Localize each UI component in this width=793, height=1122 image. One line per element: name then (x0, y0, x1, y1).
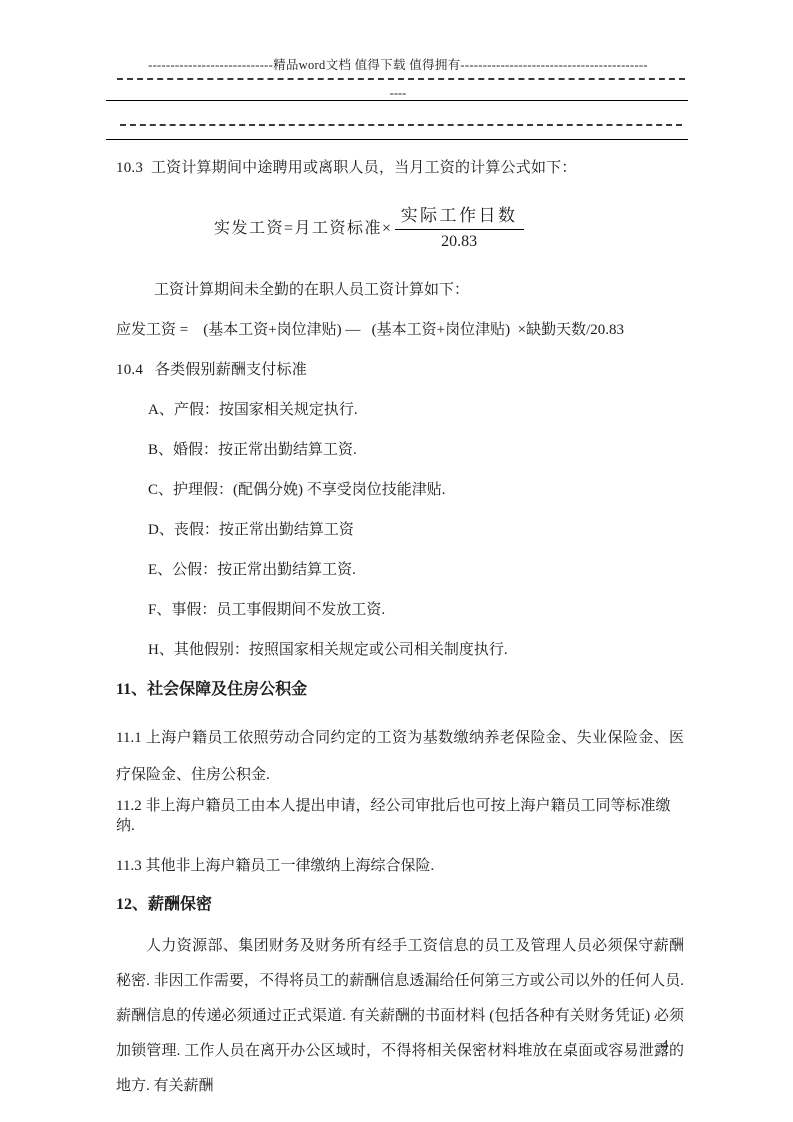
document-body: 10.3 工资计算期间中途聘用或离职人员，当月工资的计算公式如下： 实发工资=月… (116, 158, 684, 1104)
page-number: 4 (640, 1038, 690, 1054)
salary-formula: 实发工资=月工资标准× 实际工作日数 20.83 (214, 198, 684, 254)
payable-salary-formula: 应发工资 = (基本工资+岗位津贴) — (基本工资+岗位津贴) ×缺勤天数/2… (116, 320, 684, 340)
section-12-heading: 12、薪酬保密 (116, 895, 684, 915)
not-full-attendance-intro: 工资计算期间未全勤的在职人员工资计算如下： (116, 280, 684, 300)
leave-item-c: C、护理假：(配偶分娩) 不享受岗位技能津贴. (148, 480, 684, 500)
header-dashed-divider-bottom (120, 124, 682, 126)
leave-item-e: E、公假：按正常出勤结算工资. (148, 560, 684, 580)
formula-numerator: 实际工作日数 (395, 201, 524, 230)
header-short-dashes: ---- (108, 86, 688, 101)
leave-item-b: B、婚假：按正常出勤结算工资. (148, 440, 684, 460)
leave-item-h: H、其他假别：按照国家相关规定或公司相关制度执行. (148, 640, 684, 660)
header-solid-divider-top (106, 100, 688, 101)
leave-item-a: A、产假：按国家相关规定执行. (148, 400, 684, 420)
header-dashed-divider-top (117, 78, 685, 80)
formula-denominator: 20.83 (395, 230, 524, 251)
header-watermark-text: ----------------------------精品word文档 值得下… (108, 55, 688, 73)
leave-item-f: F、事假：员工事假期间不发放工资. (148, 600, 684, 620)
formula-fraction: 实际工作日数 20.83 (395, 201, 524, 251)
document-page: ----------------------------精品word文档 值得下… (0, 0, 793, 1122)
section-11-heading: 11、社会保障及住房公积金 (116, 680, 684, 700)
formula-left-side: 实发工资=月工资标准× (214, 215, 393, 238)
section-11-2-text: 11.2 非上海户籍员工由本人提出申请，经公司审批后也可按上海户籍员工同等标准缴… (116, 796, 684, 836)
section-10-3-text: 10.3 工资计算期间中途聘用或离职人员，当月工资的计算公式如下： (116, 158, 684, 178)
section-12-paragraph: 人力资源部、集团财务及财务所有经手工资信息的员工及管理人员必须保守薪酬秘密. 非… (116, 929, 684, 1104)
section-11-1-text: 11.1 上海户籍员工依照劳动合同约定的工资为基数缴纳养老保险金、失业保险金、医… (116, 720, 684, 794)
section-11-3-text: 11.3 其他非上海户籍员工一律缴纳上海综合保险. (116, 856, 684, 876)
section-10-4-text: 10.4 各类假别薪酬支付标准 (116, 360, 684, 380)
header-solid-divider-bottom (106, 139, 688, 140)
leave-item-d: D、丧假：按正常出勤结算工资 (148, 520, 684, 540)
